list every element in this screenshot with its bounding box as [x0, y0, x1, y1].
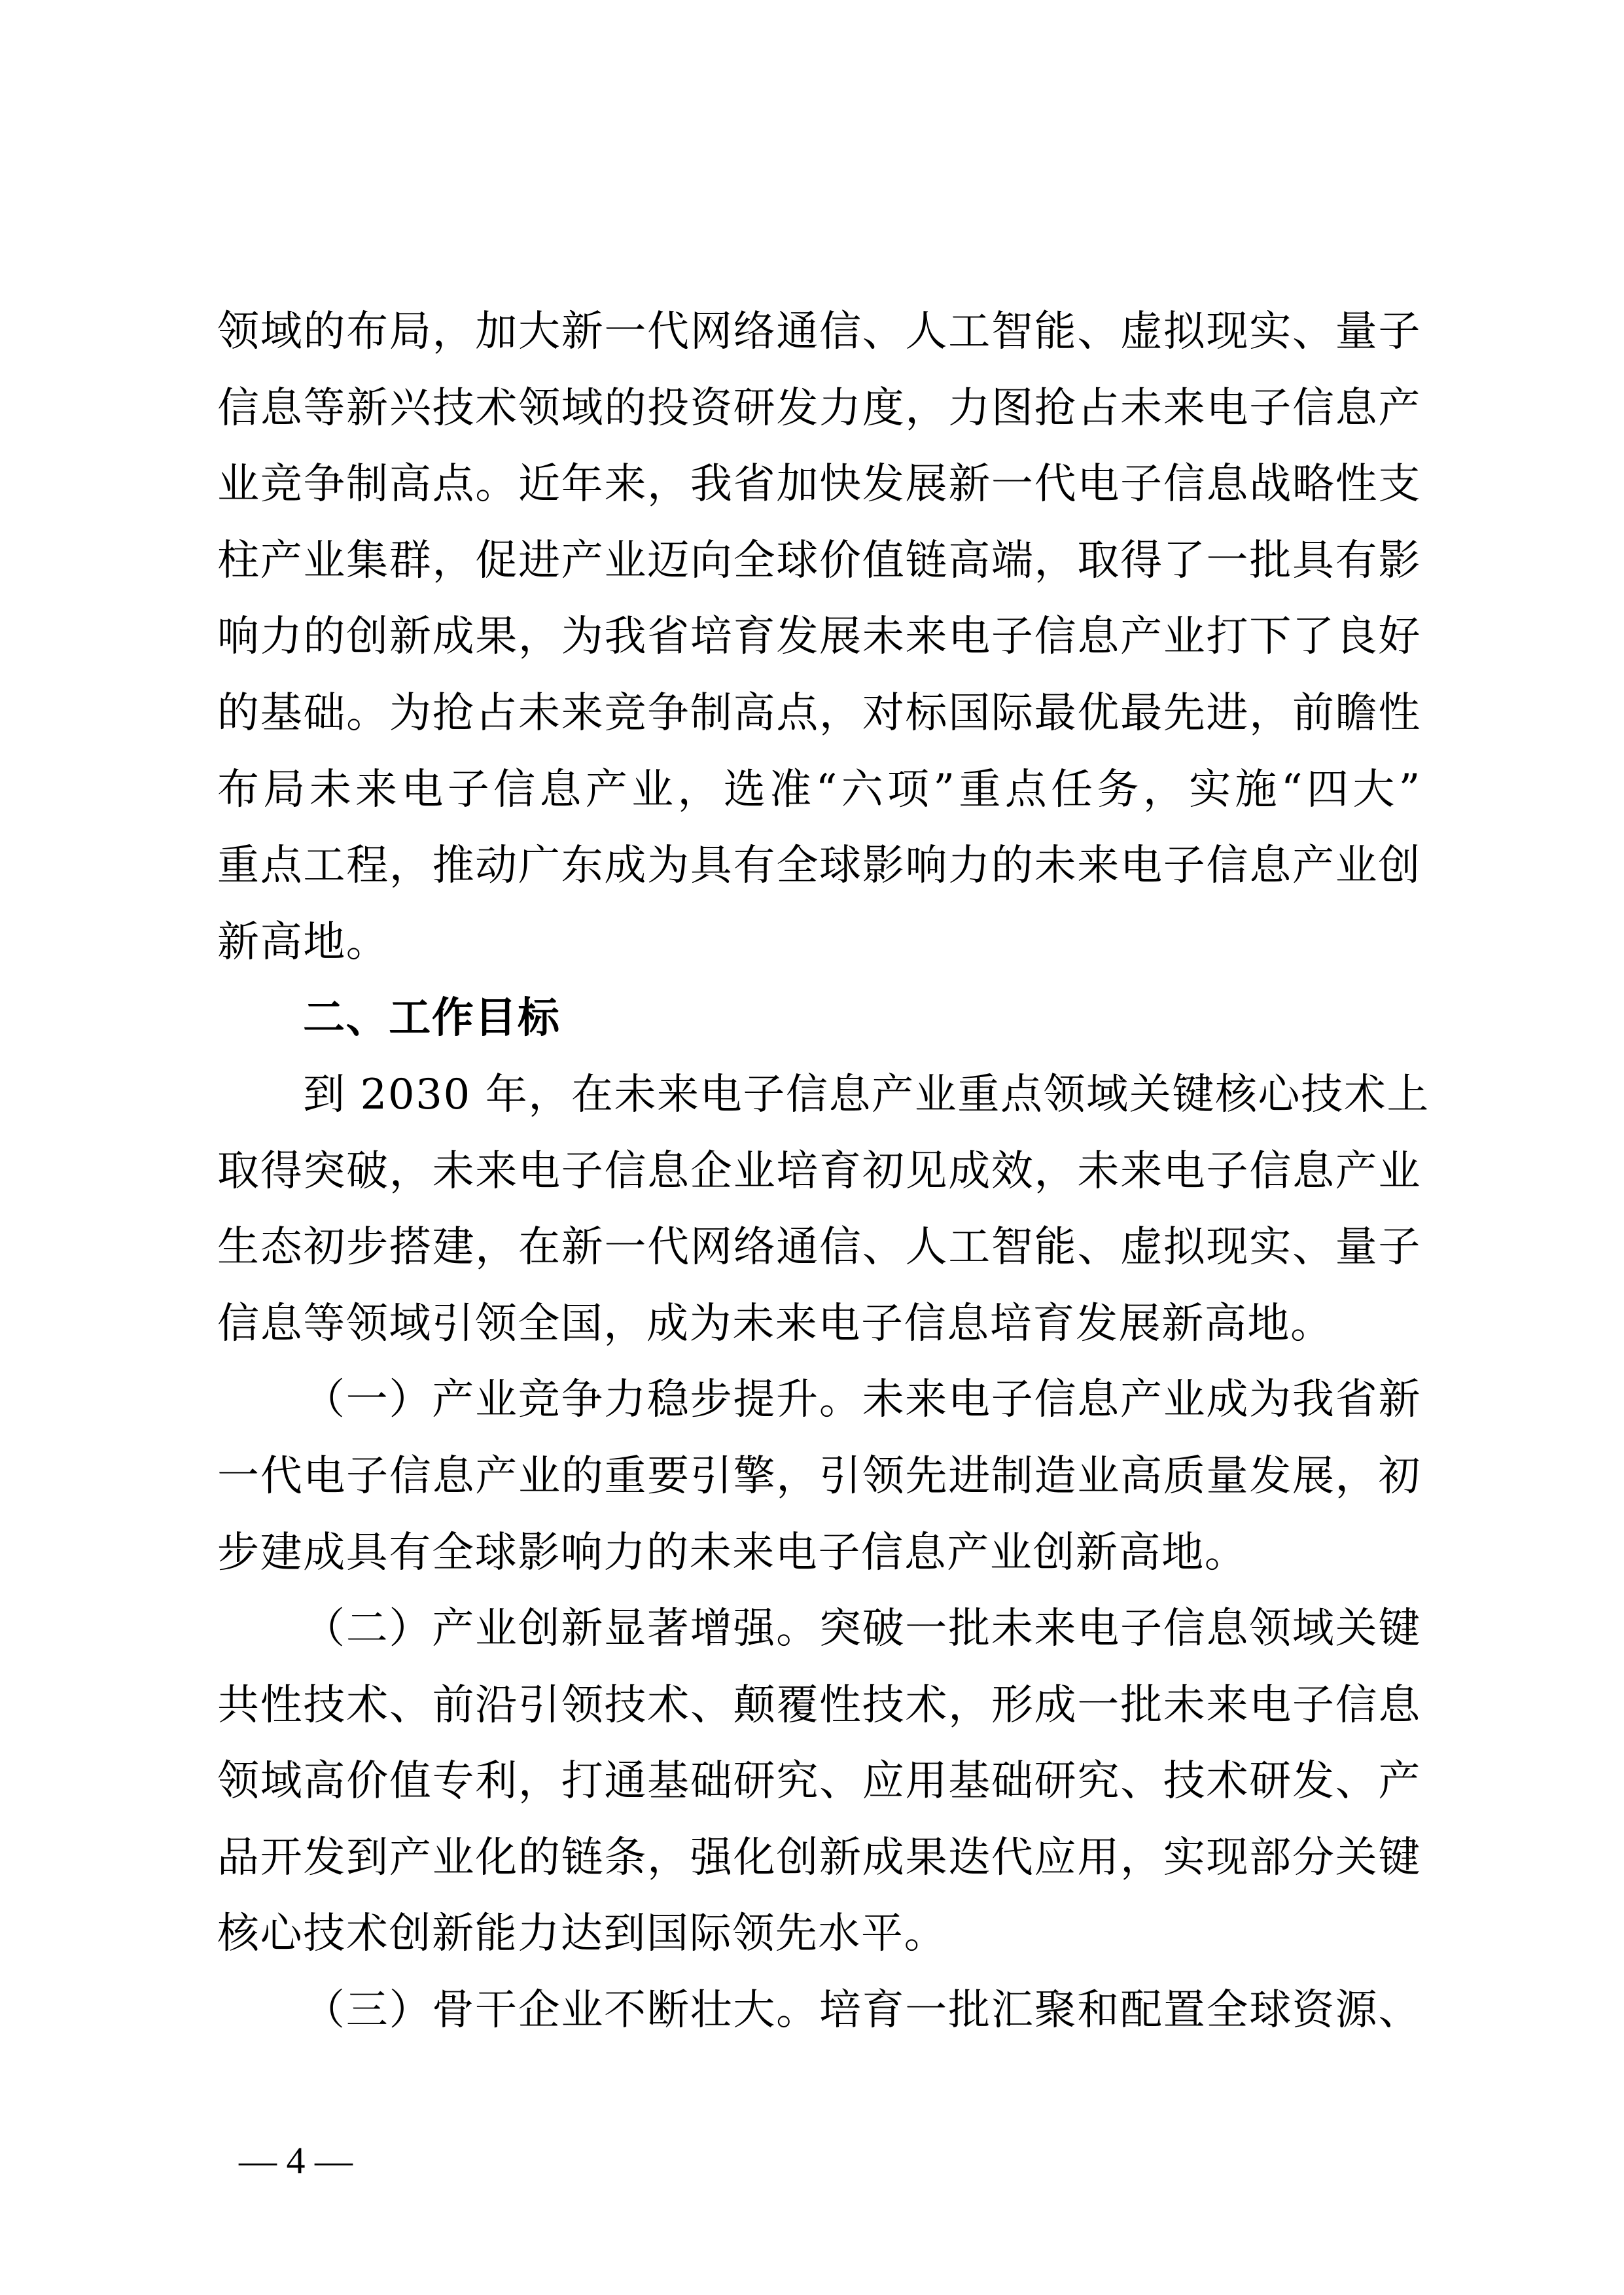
- text-line: （三）骨干企业不断壮大。培育一批汇聚和配置全球资源、: [217, 1972, 1421, 2049]
- text-line: 的基础。为抢占未来竞争制高点，对标国际最优最先进，前瞻性: [217, 675, 1421, 752]
- subsection-text: 突破一批未来电子信息领域关键: [819, 1605, 1421, 1653]
- subsection-text: 培育一批汇聚和配置全球资源、: [819, 1986, 1421, 2035]
- text-line: 生态初步搭建，在新一代网络通信、人工智能、虚拟现实、量子: [217, 1209, 1421, 1286]
- paragraph-goals-overview: 到 2030 年，在未来电子信息产业重点领域关键核心技术上 取得突破，未来电子信…: [217, 1057, 1421, 1362]
- text-line: 新高地。: [217, 904, 1421, 981]
- text-line: 领域的布局，加大新一代网络通信、人工智能、虚拟现实、量子: [217, 294, 1421, 370]
- subsection-title: （一）产业竞争力稳步提升。: [303, 1376, 862, 1424]
- text-line: 到 2030 年，在未来电子信息产业重点领域关键核心技术上: [217, 1057, 1421, 1133]
- text-line: 一代电子信息产业的重要引擎，引领先进制造业高质量发展，初: [217, 1438, 1421, 1515]
- subsection-innovation: （二）产业创新显著增强。突破一批未来电子信息领域关键 共性技术、前沿引领技术、颠…: [217, 1591, 1421, 1972]
- text-line: 领域高价值专利，打通基础研究、应用基础研究、技术研发、产: [217, 1743, 1421, 1820]
- subsection-competitiveness: （一）产业竞争力稳步提升。未来电子信息产业成为我省新 一代电子信息产业的重要引擎…: [217, 1362, 1421, 1591]
- body-text: 领域的布局，加大新一代网络通信、人工智能、虚拟现实、量子 信息等新兴技术领域的投…: [217, 294, 1421, 2049]
- text-line: 柱产业集群，促进产业迈向全球价值链高端，取得了一批具有影: [217, 523, 1421, 599]
- text-line: 核心技术创新能力达到国际领先水平。: [217, 1896, 1421, 1972]
- text-line: 信息等领域引领全国，成为未来电子信息培育发展新高地。: [217, 1286, 1421, 1362]
- text-line: 布局未来电子信息产业，选准“六项”重点任务，实施“四大”: [217, 752, 1421, 828]
- subsection-text: 未来电子信息产业成为我省新: [862, 1376, 1421, 1424]
- text-line: （一）产业竞争力稳步提升。未来电子信息产业成为我省新: [217, 1362, 1421, 1438]
- text-line: 重点工程，推动广东成为具有全球影响力的未来电子信息产业创: [217, 828, 1421, 904]
- text-line: 响力的创新成果，为我省培育发展未来电子信息产业打下了良好: [217, 599, 1421, 675]
- section-heading: 二、工作目标: [217, 980, 1421, 1057]
- text-line: 业竞争制高点。近年来，我省加快发展新一代电子信息战略性支: [217, 446, 1421, 523]
- subsection-title: （三）骨干企业不断壮大。: [303, 1986, 819, 2035]
- subsection-title: （二）产业创新显著增强。: [303, 1605, 819, 1653]
- text-line: 取得突破，未来电子信息企业培育初见成效，未来电子信息产业: [217, 1133, 1421, 1210]
- page-number: — 4 —: [239, 2135, 353, 2187]
- text-line: 步建成具有全球影响力的未来电子信息产业创新高地。: [217, 1515, 1421, 1592]
- heading-work-goals: 二、工作目标: [217, 980, 1421, 1057]
- text-line: 品开发到产业化的链条，强化创新成果迭代应用，实现部分关键: [217, 1820, 1421, 1896]
- paragraph-background: 领域的布局，加大新一代网络通信、人工智能、虚拟现实、量子 信息等新兴技术领域的投…: [217, 294, 1421, 980]
- text-line: （二）产业创新显著增强。突破一批未来电子信息领域关键: [217, 1591, 1421, 1667]
- text-line: 共性技术、前沿引领技术、颠覆性技术，形成一批未来电子信息: [217, 1667, 1421, 1744]
- subsection-enterprises: （三）骨干企业不断壮大。培育一批汇聚和配置全球资源、: [217, 1972, 1421, 2049]
- document-page: 领域的布局，加大新一代网络通信、人工智能、虚拟现实、量子 信息等新兴技术领域的投…: [0, 0, 1624, 2295]
- text-line: 信息等新兴技术领域的投资研发力度，力图抢占未来电子信息产: [217, 370, 1421, 447]
